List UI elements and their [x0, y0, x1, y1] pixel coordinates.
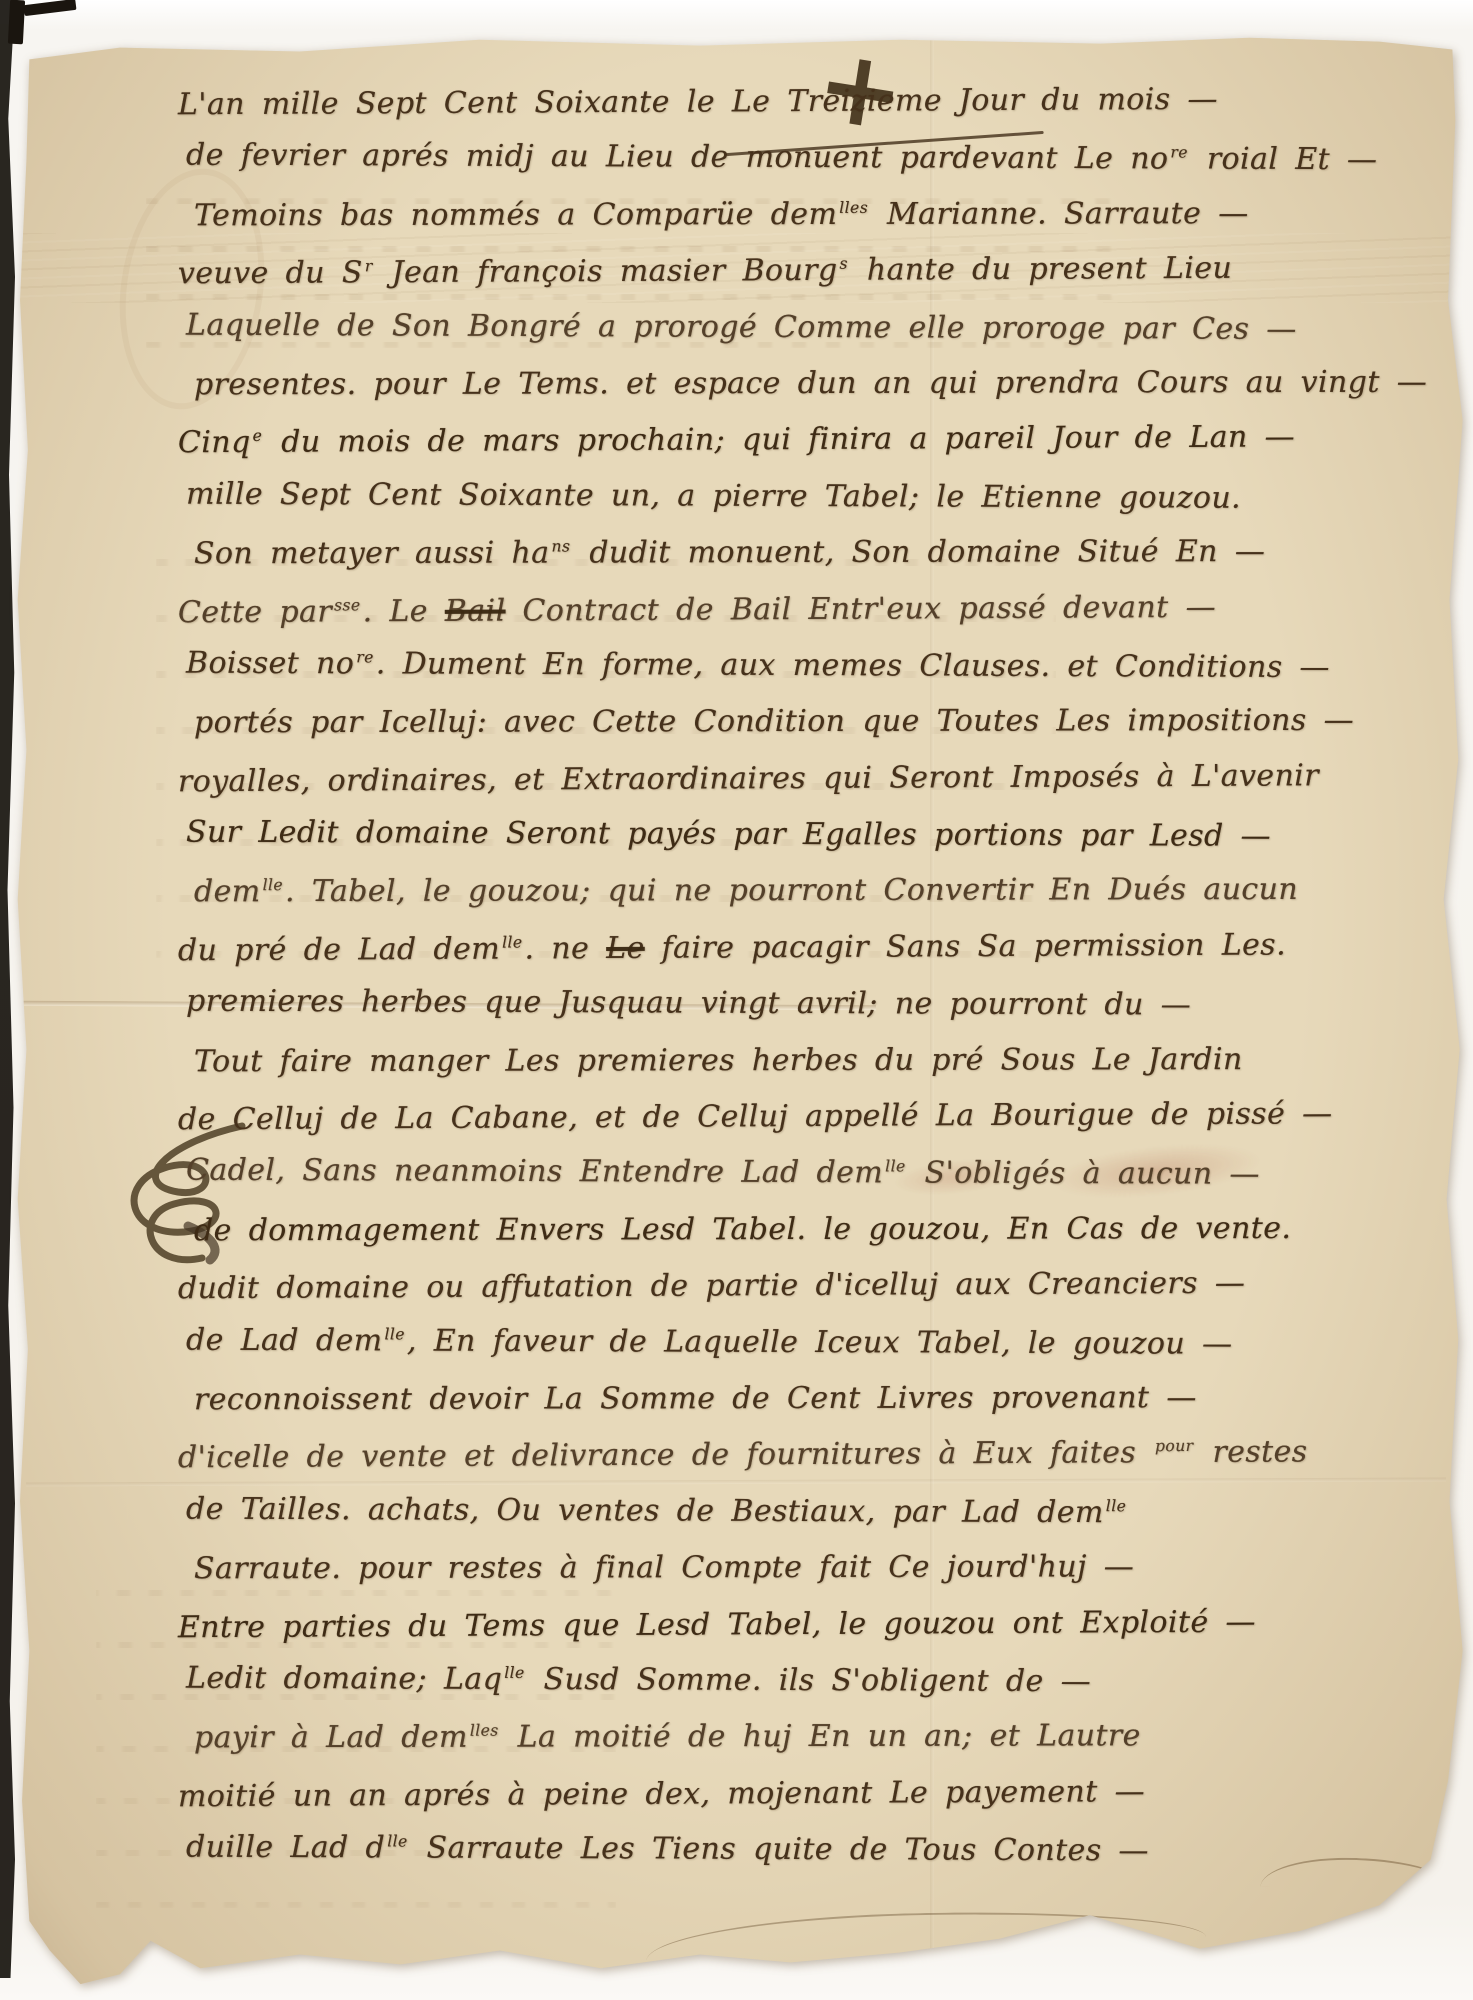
manuscript-line: payir à Lad demlles La moitié de huj En … — [194, 1718, 1444, 1777]
manuscript-line: moitié un an aprés à peine dex, mojenant… — [178, 1772, 1428, 1835]
manuscript-line: de dommagement Envers Lesd Tabel. le gou… — [194, 1210, 1444, 1269]
manuscript-line: duille Lad dlle Sarraute Les Tiens quite… — [186, 1830, 1436, 1891]
manuscript-line: portés par Icelluj: avec Cette Condition… — [194, 703, 1444, 762]
manuscript-line: Ledit domaine; Laqlle Susd Somme. ils S'… — [186, 1661, 1436, 1722]
manuscript-line: du pré de Lad demlle. ne Le faire pacagi… — [178, 927, 1428, 990]
manuscript-line: Tout faire manger Les premieres herbes d… — [194, 1041, 1444, 1100]
manuscript-line: de Tailles. achats, Ou ventes de Bestiau… — [186, 1491, 1436, 1552]
manuscript-line: Cinqe du mois de mars prochain; qui fini… — [178, 419, 1428, 482]
manuscript-line: Son metayer aussi hans dudit monuent, So… — [194, 534, 1444, 593]
manuscript-line: Cette parsse. Le Bail Contract de Bail E… — [178, 588, 1428, 651]
manuscript-line: royalles, ordinaires, et Extraordinaires… — [178, 757, 1428, 820]
manuscript-line: reconnoissent devoir La Somme de Cent Li… — [194, 1380, 1444, 1439]
manuscript-line: premieres herbes que Jusquau vingt avril… — [186, 984, 1436, 1045]
manuscript-line: Temoins bas nommés a Comparüe demlles Ma… — [194, 195, 1444, 254]
manuscript-line: Entre parties du Tems que Lesd Tabel, le… — [178, 1603, 1428, 1666]
manuscript-line: de Celluj de La Cabane, et de Celluj app… — [178, 1096, 1428, 1159]
manuscript-line: Sarraute. pour restes à final Compte fai… — [194, 1549, 1444, 1608]
manuscript-line: presentes. pour Le Tems. et espace dun a… — [194, 365, 1444, 424]
manuscript-line: d'icelle de vente et delivrance de fourn… — [178, 1434, 1428, 1497]
manuscript-lines: L'an mille Sept Cent Soixante le Le Trei… — [178, 84, 1428, 1889]
manuscript-line: Cadel, Sans neanmoins Entendre Lad demll… — [186, 1153, 1436, 1214]
manuscript-line: Laquelle de Son Bongré a prorogé Comme e… — [186, 307, 1436, 368]
manuscript-line: veuve du Sr Jean françois masier Bourgs … — [178, 250, 1428, 313]
manuscript-line: L'an mille Sept Cent Soixante le Le Trei… — [178, 81, 1428, 144]
manuscript-line: de Lad demlle, En faveur de Laquelle Ice… — [186, 1322, 1436, 1383]
manuscript-line: demlle. Tabel, le gouzou; qui ne pourron… — [194, 872, 1444, 931]
manuscript-line: dudit domaine ou affutation de partie d'… — [178, 1265, 1428, 1328]
manuscript-line: mille Sept Cent Soixante un, a pierre Ta… — [186, 476, 1436, 537]
manuscript-line: Sur Ledit domaine Seront payés par Egall… — [186, 815, 1436, 876]
manuscript-line: Boisset nore. Dument En forme, aux memes… — [186, 646, 1436, 707]
manuscript-line: de fevrier aprés midj au Lieu de monuent… — [186, 138, 1436, 199]
scan-background: { "scan": { "background_color": "#f5f2ec… — [0, 0, 1473, 2000]
